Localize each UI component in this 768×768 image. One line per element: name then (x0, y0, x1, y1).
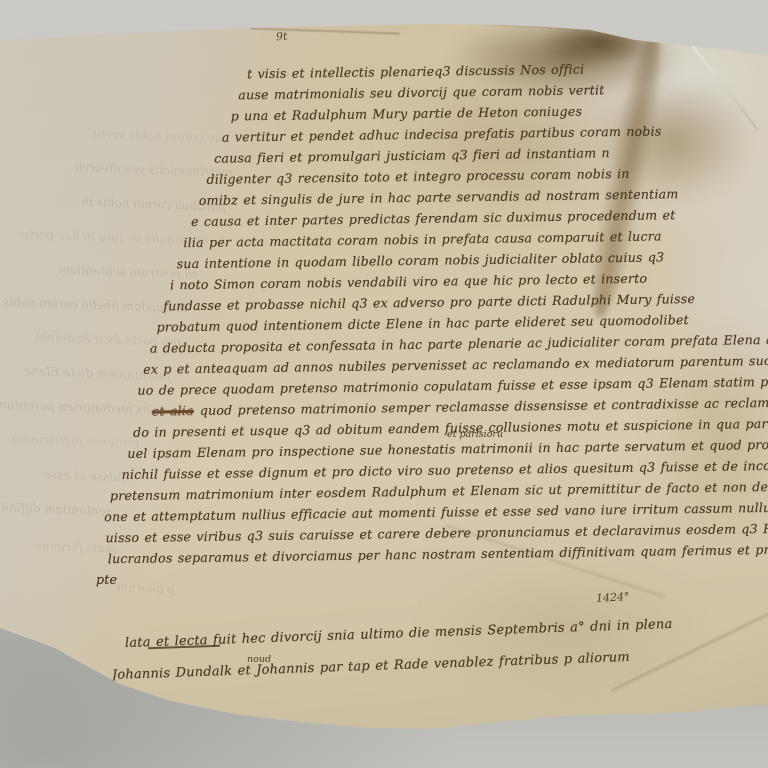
struck-words: et alia (152, 403, 194, 419)
catchword: pte (96, 570, 117, 590)
interlinear-note: et parisioru (447, 430, 503, 440)
parchment-sheet: que coram nobis vertitmatrimonialis seu … (0, 0, 768, 768)
ink-layer: 9t t visis et intellectis plenarieq3 dis… (0, 0, 768, 768)
main-text-block: t visis et intellectis plenarieq3 discus… (0, 0, 768, 768)
interlinear-note: noud (247, 655, 271, 665)
manuscript-photo: que coram nobis vertitmatrimonialis seu … (0, 0, 768, 768)
year-superscript: 1424° (596, 591, 630, 604)
